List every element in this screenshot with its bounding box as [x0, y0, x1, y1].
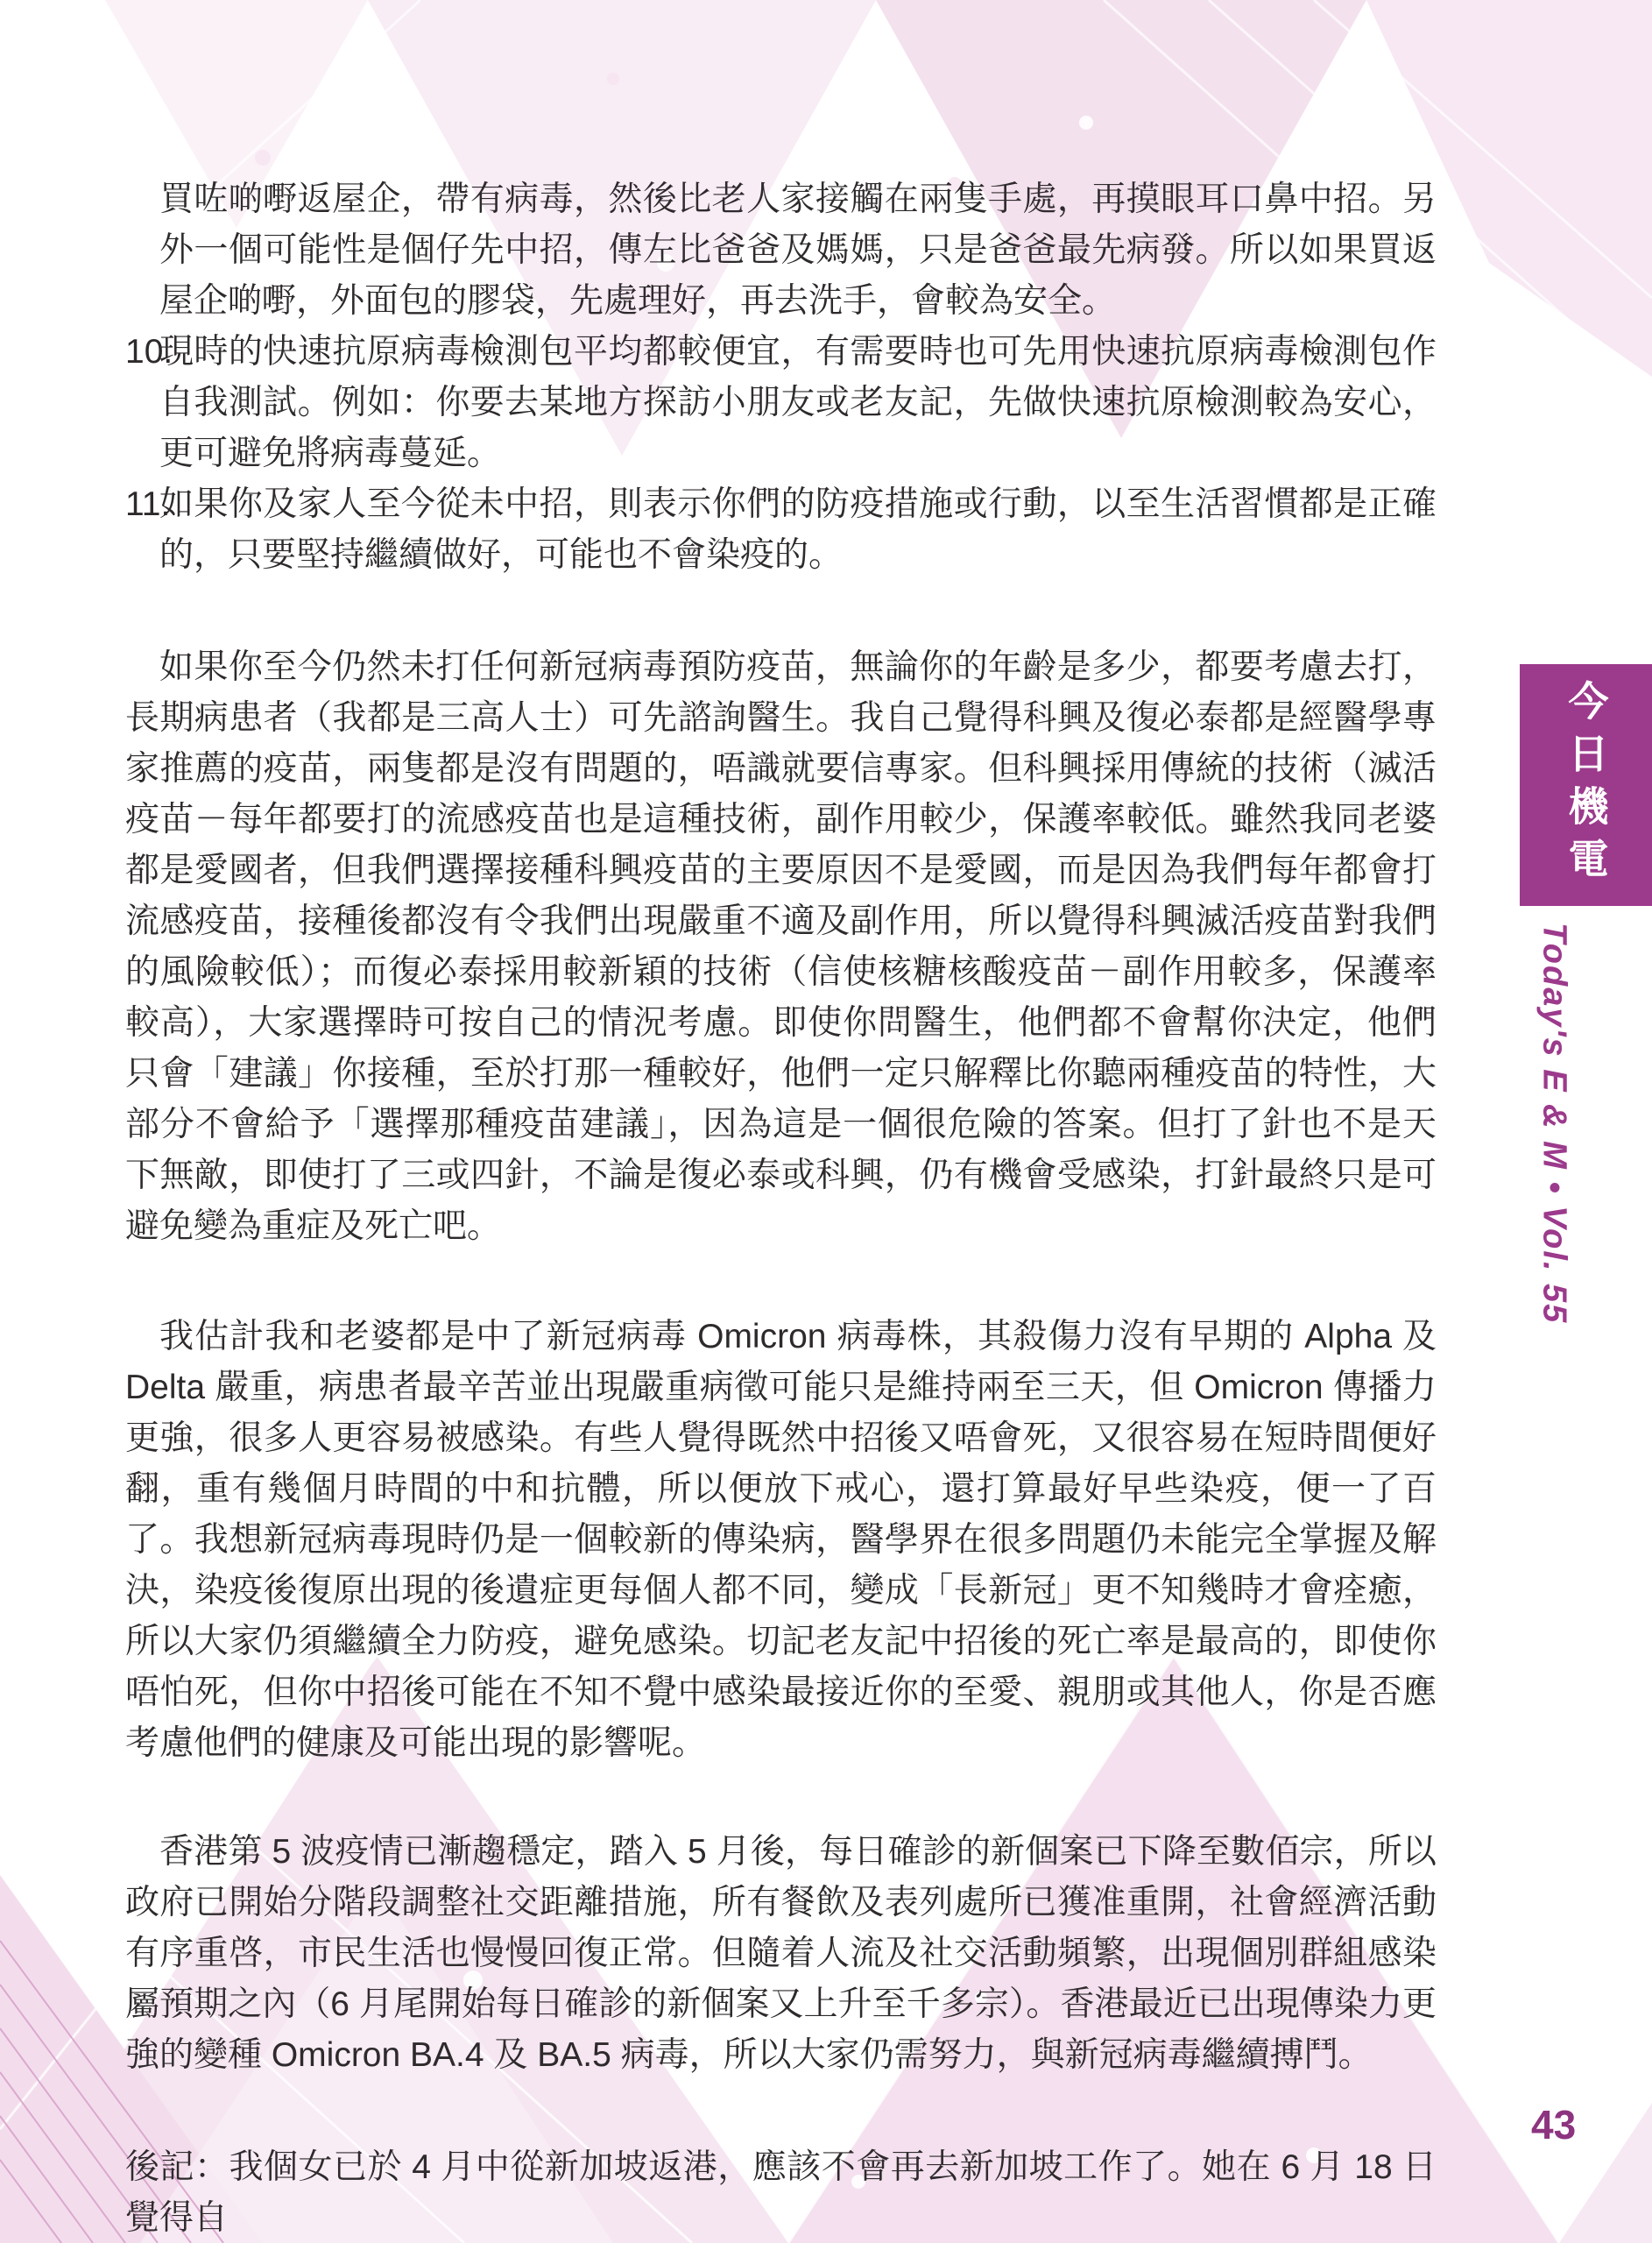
- section-tab: 今日機電: [1520, 664, 1652, 906]
- journal-title-label: Today's E & M • Vol. 55: [1536, 923, 1573, 1324]
- list-item-text: 現時的快速抗原病毒檢測包平均都較便宜，有需要時也可先用快速抗原病毒檢測包作自我測…: [159, 333, 1437, 472]
- article-body: 買咗啲嘢返屋企，帶有病毒，然後比老人家接觸在兩隻手處，再摸眼耳口鼻中招。另外一個…: [125, 174, 1437, 2243]
- list-item-continuation: 買咗啲嘢返屋企，帶有病毒，然後比老人家接觸在兩隻手處，再摸眼耳口鼻中招。另外一個…: [125, 174, 1437, 327]
- list-item-11: 11. 如果你及家人至今從未中招，則表示你們的防疫措施或行動，以至生活習慣都是正…: [125, 479, 1437, 581]
- page-number: 43: [1531, 2101, 1576, 2148]
- paragraph-fifth-wave: 香港第 5 波疫情已漸趨穩定，踏入 5 月後，每日確診的新個案已下降至數佰宗，所…: [125, 1827, 1437, 2081]
- paragraph-omicron: 我估計我和老婆都是中了新冠病毒 Omicron 病毒株，其殺傷力沒有早期的 Al…: [125, 1312, 1437, 1769]
- journal-title: Today's E & M • Vol. 55: [1521, 913, 1587, 1334]
- section-tab-label: 今日機電: [1566, 680, 1606, 890]
- paragraph-vaccine-advice: 如果你至今仍然未打任何新冠病毒預防疫苗，無論你的年齡是多少，都要考慮去打，長期病…: [125, 642, 1437, 1252]
- list-item-text: 買咗啲嘢返屋企，帶有病毒，然後比老人家接觸在兩隻手處，再摸眼耳口鼻中招。另外一個…: [159, 180, 1437, 320]
- list-item-10: 10. 現時的快速抗原病毒檢測包平均都較便宜，有需要時也可先用快速抗原病毒檢測包…: [125, 327, 1437, 479]
- magazine-page: 買咗啲嘢返屋企，帶有病毒，然後比老人家接觸在兩隻手處，再摸眼耳口鼻中招。另外一個…: [0, 0, 1652, 2243]
- postscript: 後記：我個女已於 4 月中從新加坡返港，應該不會再去新加坡工作了。她在 6 月 …: [125, 2142, 1437, 2243]
- list-item-number: 11.: [125, 479, 170, 530]
- list-item-number: 10.: [125, 327, 173, 378]
- list-item-text: 如果你及家人至今從未中招，則表示你們的防疫措施或行動，以至生活習慣都是正確的，只…: [159, 485, 1437, 574]
